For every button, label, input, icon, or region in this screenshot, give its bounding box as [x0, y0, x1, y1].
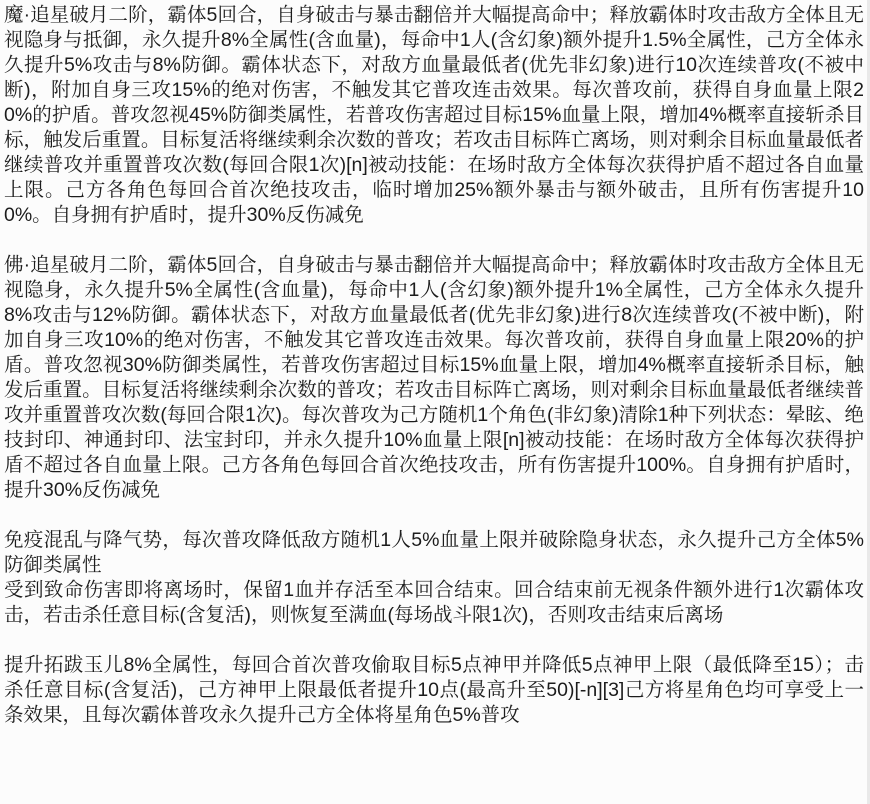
paragraph-fo-zhuixing-poyue: 佛·追星破月二阶，霸体5回合，自身破击与暴击翻倍并大幅提高命中；释放霸体时攻击敌… [4, 253, 864, 503]
paragraph-tuoba-yuer-buff: 提升拓跋玉儿8%全属性，每回合首次普攻偷取目标5点神甲并降低5点神甲上限（最低降… [4, 653, 864, 728]
paragraph-fatal-damage-survival: 受到致命伤害即将离场时，保留1血并存活至本回合结束。回合结束前无视条件额外进行1… [4, 578, 864, 628]
skill-description-document: 魔·追星破月二阶，霸体5回合，自身破击与暴击翻倍并大幅提高命中；释放霸体时攻击敌… [0, 0, 866, 728]
paragraph-immunity-passive: 免疫混乱与降气势，每次普攻降低敌方随机1人5%血量上限并破除隐身状态，永久提升己… [4, 528, 864, 578]
paragraph-mo-zhuixing-poyue: 魔·追星破月二阶，霸体5回合，自身破击与暴击翻倍并大幅提高命中；释放霸体时攻击敌… [4, 3, 864, 228]
